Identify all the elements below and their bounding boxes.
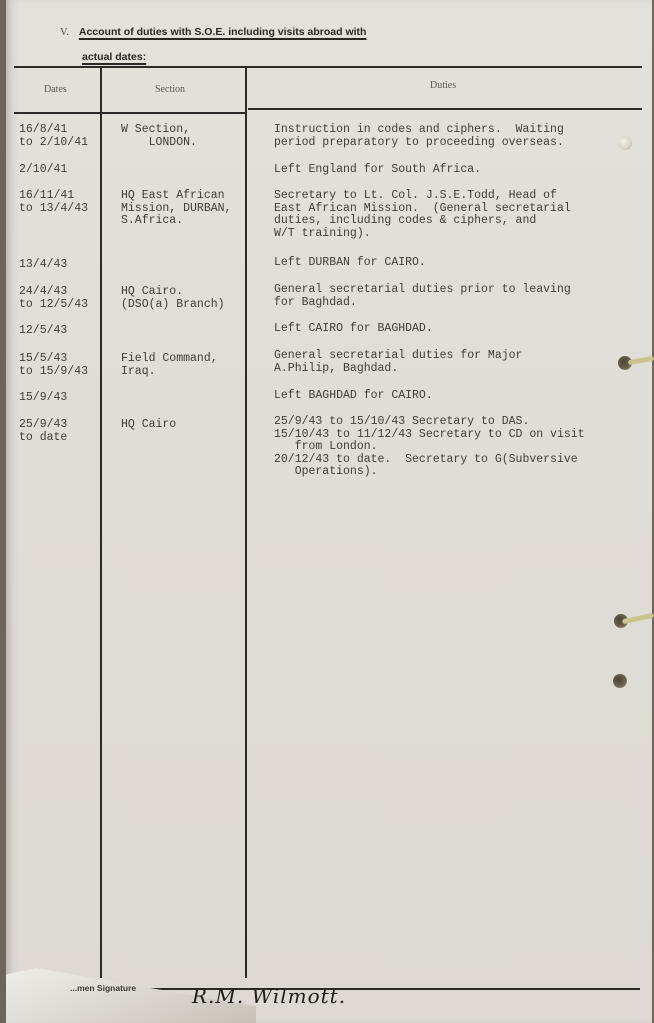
row-section: Field Command, Iraq.: [121, 353, 218, 378]
column-header-section: Section: [155, 84, 185, 95]
row-dates: 15/9/43: [19, 392, 67, 405]
header-bottom-rule-right: [248, 108, 642, 110]
column-divider-2: [245, 68, 247, 978]
row-duties: Left BAGHDAD for CAIRO.: [274, 390, 433, 403]
punch-hole: [618, 136, 632, 150]
row-duties: Left England for South Africa.: [274, 164, 481, 177]
column-header-dates: Dates: [44, 84, 67, 95]
row-section: HQ Cairo: [121, 419, 176, 432]
row-duties: General secretarial duties for Major A.P…: [274, 350, 522, 375]
row-section: W Section, LONDON.: [121, 124, 197, 149]
row-dates: 16/8/41 to 2/10/41: [19, 124, 88, 149]
row-duties: Instruction in codes and ciphers. Waitin…: [274, 124, 564, 149]
handwritten-signature: R.M. Wilmott.: [192, 984, 346, 1008]
section-heading: V.Account of duties with S.O.E. includin…: [60, 20, 366, 69]
row-dates: 24/4/43 to 12/5/43: [19, 286, 88, 311]
heading-line-2: actual dates:: [82, 51, 146, 63]
header-bottom-rule-left: [14, 112, 246, 114]
row-dates: 25/9/43 to date: [19, 419, 67, 444]
section-number: V.: [60, 27, 69, 38]
signature-label: ...men Signature: [70, 983, 136, 993]
row-section: HQ Cairo. (DSO(a) Branch): [121, 286, 225, 311]
row-section: HQ East African Mission, DURBAN, S.Afric…: [121, 190, 231, 228]
row-duties: General secretarial duties prior to leav…: [274, 284, 571, 309]
row-duties: Secretary to Lt. Col. J.S.E.Todd, Head o…: [274, 190, 571, 240]
row-dates: 2/10/41: [19, 164, 67, 177]
column-divider-1: [100, 68, 102, 978]
row-dates: 12/5/43: [19, 325, 67, 338]
punch-hole: [613, 674, 627, 688]
row-duties: 25/9/43 to 15/10/43 Secretary to DAS. 15…: [274, 416, 585, 479]
document-page: [6, 0, 652, 1023]
row-dates: 13/4/43: [19, 259, 67, 272]
row-duties: Left CAIRO for BAGHDAD.: [274, 323, 433, 336]
table-top-rule: [14, 66, 642, 68]
row-dates: 15/5/43 to 15/9/43: [19, 353, 88, 378]
column-header-duties: Duties: [430, 80, 456, 91]
heading-line-1: Account of duties with S.O.E. including …: [79, 26, 367, 38]
row-duties: Left DURBAN for CAIRO.: [274, 257, 426, 270]
row-dates: 16/11/41 to 13/4/43: [19, 190, 88, 215]
